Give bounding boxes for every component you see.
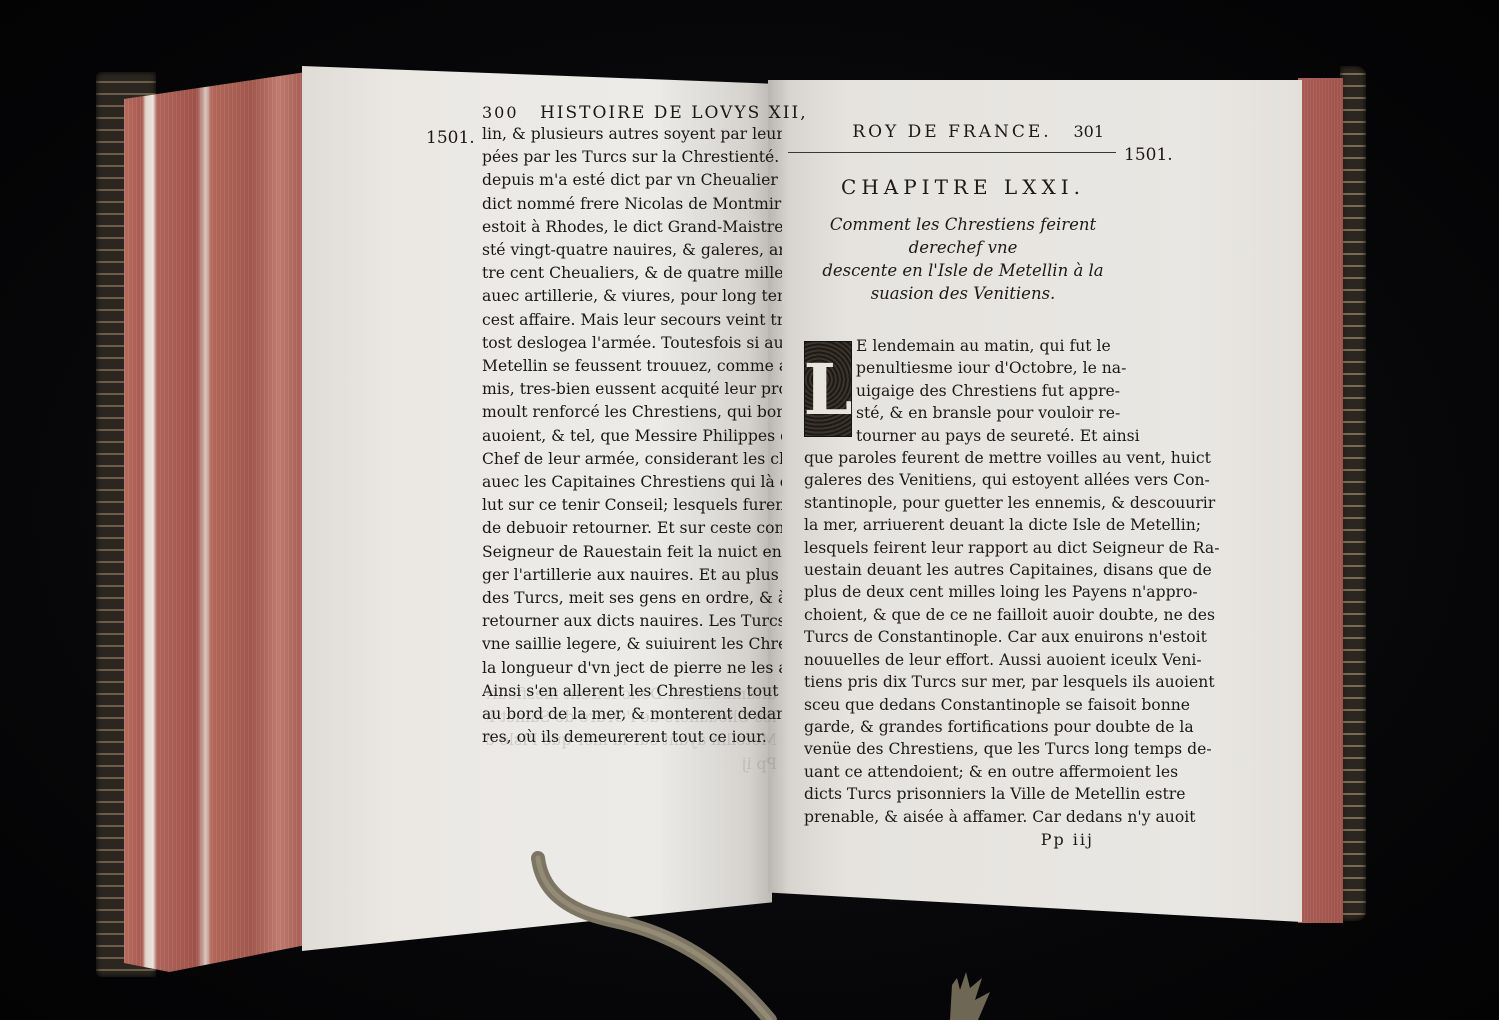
ornamental-drop-cap: L (804, 341, 852, 437)
chapter-heading: CHAPITRE LXXI. (804, 175, 1122, 199)
right-page-text: ROY DE FRANCE. 301 CHAPITRE LXXI. Commen… (804, 122, 1122, 849)
text-line: choient, & que de ce ne failloit auoir d… (804, 604, 1122, 626)
text-line: dicts Turcs prisonniers la Ville de Mete… (804, 783, 1122, 805)
text-line: de debuoir retourner. Et sur ceste concl… (482, 517, 782, 540)
text-line: Comment les Chrestiens feirent derechef … (804, 213, 1122, 259)
text-line: estoit à Rhodes, le dict Grand-Maistre a… (482, 216, 782, 239)
left-body-lines: lin, & plusieurs autres soyent par leur … (482, 123, 782, 749)
text-line: lin, & plusieurs autres soyent par leur … (482, 123, 782, 146)
chapter-title: Comment les Chrestiens feirent derechef … (804, 213, 1122, 305)
left-margin-year: 1501. (426, 128, 475, 148)
text-line: venüe des Chrestiens, que les Turcs long… (804, 738, 1122, 760)
left-running-head: 300 HISTOIRE DE LOVYS XII, (482, 103, 782, 123)
text-line: sceu que dedans Constantinople se faisoi… (804, 694, 1122, 716)
text-line: ger l'artillerie aux nauires. Et au plus… (482, 564, 782, 587)
text-line: uestain deuant les autres Capitaines, di… (804, 559, 1122, 581)
text-line: uant ce attendoient; & en outre affermoi… (804, 761, 1122, 783)
signature-mark: Pp iij (804, 830, 1122, 849)
text-line: la longueur d'vn ject de pierre ne les a… (482, 657, 782, 680)
text-line: plus de deux cent milles loing les Payen… (804, 581, 1122, 603)
text-line: nouuelles de leur effort. Aussi auoient … (804, 649, 1122, 671)
right-running-title: ROY DE FRANCE. (852, 122, 1051, 142)
text-line: sté vingt-quatre nauires, & galeres, arm… (482, 239, 782, 262)
text-line: cest affaire. Mais leur secours veint tr… (482, 309, 782, 332)
left-page-number: 300 (482, 103, 519, 122)
text-line: garde, & grandes fortifications pour dou… (804, 716, 1122, 738)
text-line: Metellin se feussent trouuez, comme auoy… (482, 355, 782, 378)
text-line: stantinople, pour guetter les ennemis, &… (804, 492, 1122, 514)
text-line: que paroles feurent de mettre voilles au… (804, 447, 1122, 469)
left-page-text: 300 HISTOIRE DE LOVYS XII, lin, & plusie… (482, 103, 782, 749)
text-line: Metellin ayant sur la mer que l'Isle de … (487, 729, 777, 752)
text-line: moult renforcé les Chrestiens, qui bon m… (482, 401, 782, 424)
text-line: Pp ij (487, 753, 777, 776)
text-line: dict nommé frere Nicolas de Montmiral, q… (482, 193, 782, 216)
text-line: auec artillerie, & viures, pour long tem… (482, 285, 782, 308)
right-cover (1340, 66, 1366, 921)
text-line: suasion des Venitiens. (804, 282, 1122, 305)
text-line: des Turcs, meit ses gens en ordre, & à c… (482, 587, 782, 610)
text-line: Turcs de Constantinople. Car aux enuiron… (804, 626, 1122, 648)
left-running-title: HISTOIRE DE LOVYS XII, (540, 103, 808, 123)
right-page-number: 301 (1073, 122, 1104, 141)
text-line: galeres des Venitiens, qui estoyent allé… (804, 469, 1122, 491)
text-line: descente en l'Isle de Metellin à la (804, 259, 1122, 282)
open-book: 1501. 300 HISTOIRE DE LOVYS XII, lin, & … (0, 0, 1499, 1020)
right-page-edges (1298, 78, 1343, 923)
text-line: lut sur ce tenir Conseil; lesquels furen… (482, 494, 782, 517)
text-line: Chef de leur armée, considerant les chos… (482, 448, 782, 471)
text-line: prenable, & aisée à affamer. Car dedans … (804, 806, 1122, 828)
text-line: tiens pris dix Turcs sur mer, par lesque… (804, 671, 1122, 693)
lizard-bookmark-icon (520, 850, 1000, 1020)
text-line: retourner aux dicts nauires. Les Turcs f… (482, 610, 782, 633)
right-body: L E lendemain au matin, qui fut lepenult… (804, 335, 1122, 828)
text-line: mis, tres-bien eussent acquité leur prom… (482, 378, 782, 401)
left-page-edges (124, 72, 306, 972)
text-line: lesquels feirent leur rapport au dict Se… (804, 537, 1122, 559)
text-line: auoient, & tel, que Messire Philippes de… (482, 425, 782, 448)
text-line: la mer, arriuerent deuant la dicte Isle … (804, 514, 1122, 536)
show-through-text: ditamboardis. Donc feirent mesfieursles … (487, 683, 777, 776)
text-line: depuis m'a esté dict par vn Cheualier de… (482, 169, 782, 192)
right-running-head: ROY DE FRANCE. 301 (788, 122, 1116, 153)
text-line: Seigneur de Rauestain feit la nuict ensu… (482, 541, 782, 564)
text-line: ditamboardis. Donc feirent mesfieurs (487, 683, 777, 706)
text-line: vne saillie legere, & suiuirent les Chre… (482, 633, 782, 656)
text-line: auec les Capitaines Chrestiens qui là es… (482, 471, 782, 494)
text-line: les Cheualiers de l'Ordre de Sainct Iean… (487, 706, 777, 729)
right-margin-year: 1501. (1124, 145, 1173, 165)
text-line: tre cent Cheualiers, & de quatre mille a… (482, 262, 782, 285)
text-line: tost deslogea l'armée. Toutesfois si au … (482, 332, 782, 355)
text-line: pées par les Turcs sur la Chrestienté. C… (482, 146, 782, 169)
